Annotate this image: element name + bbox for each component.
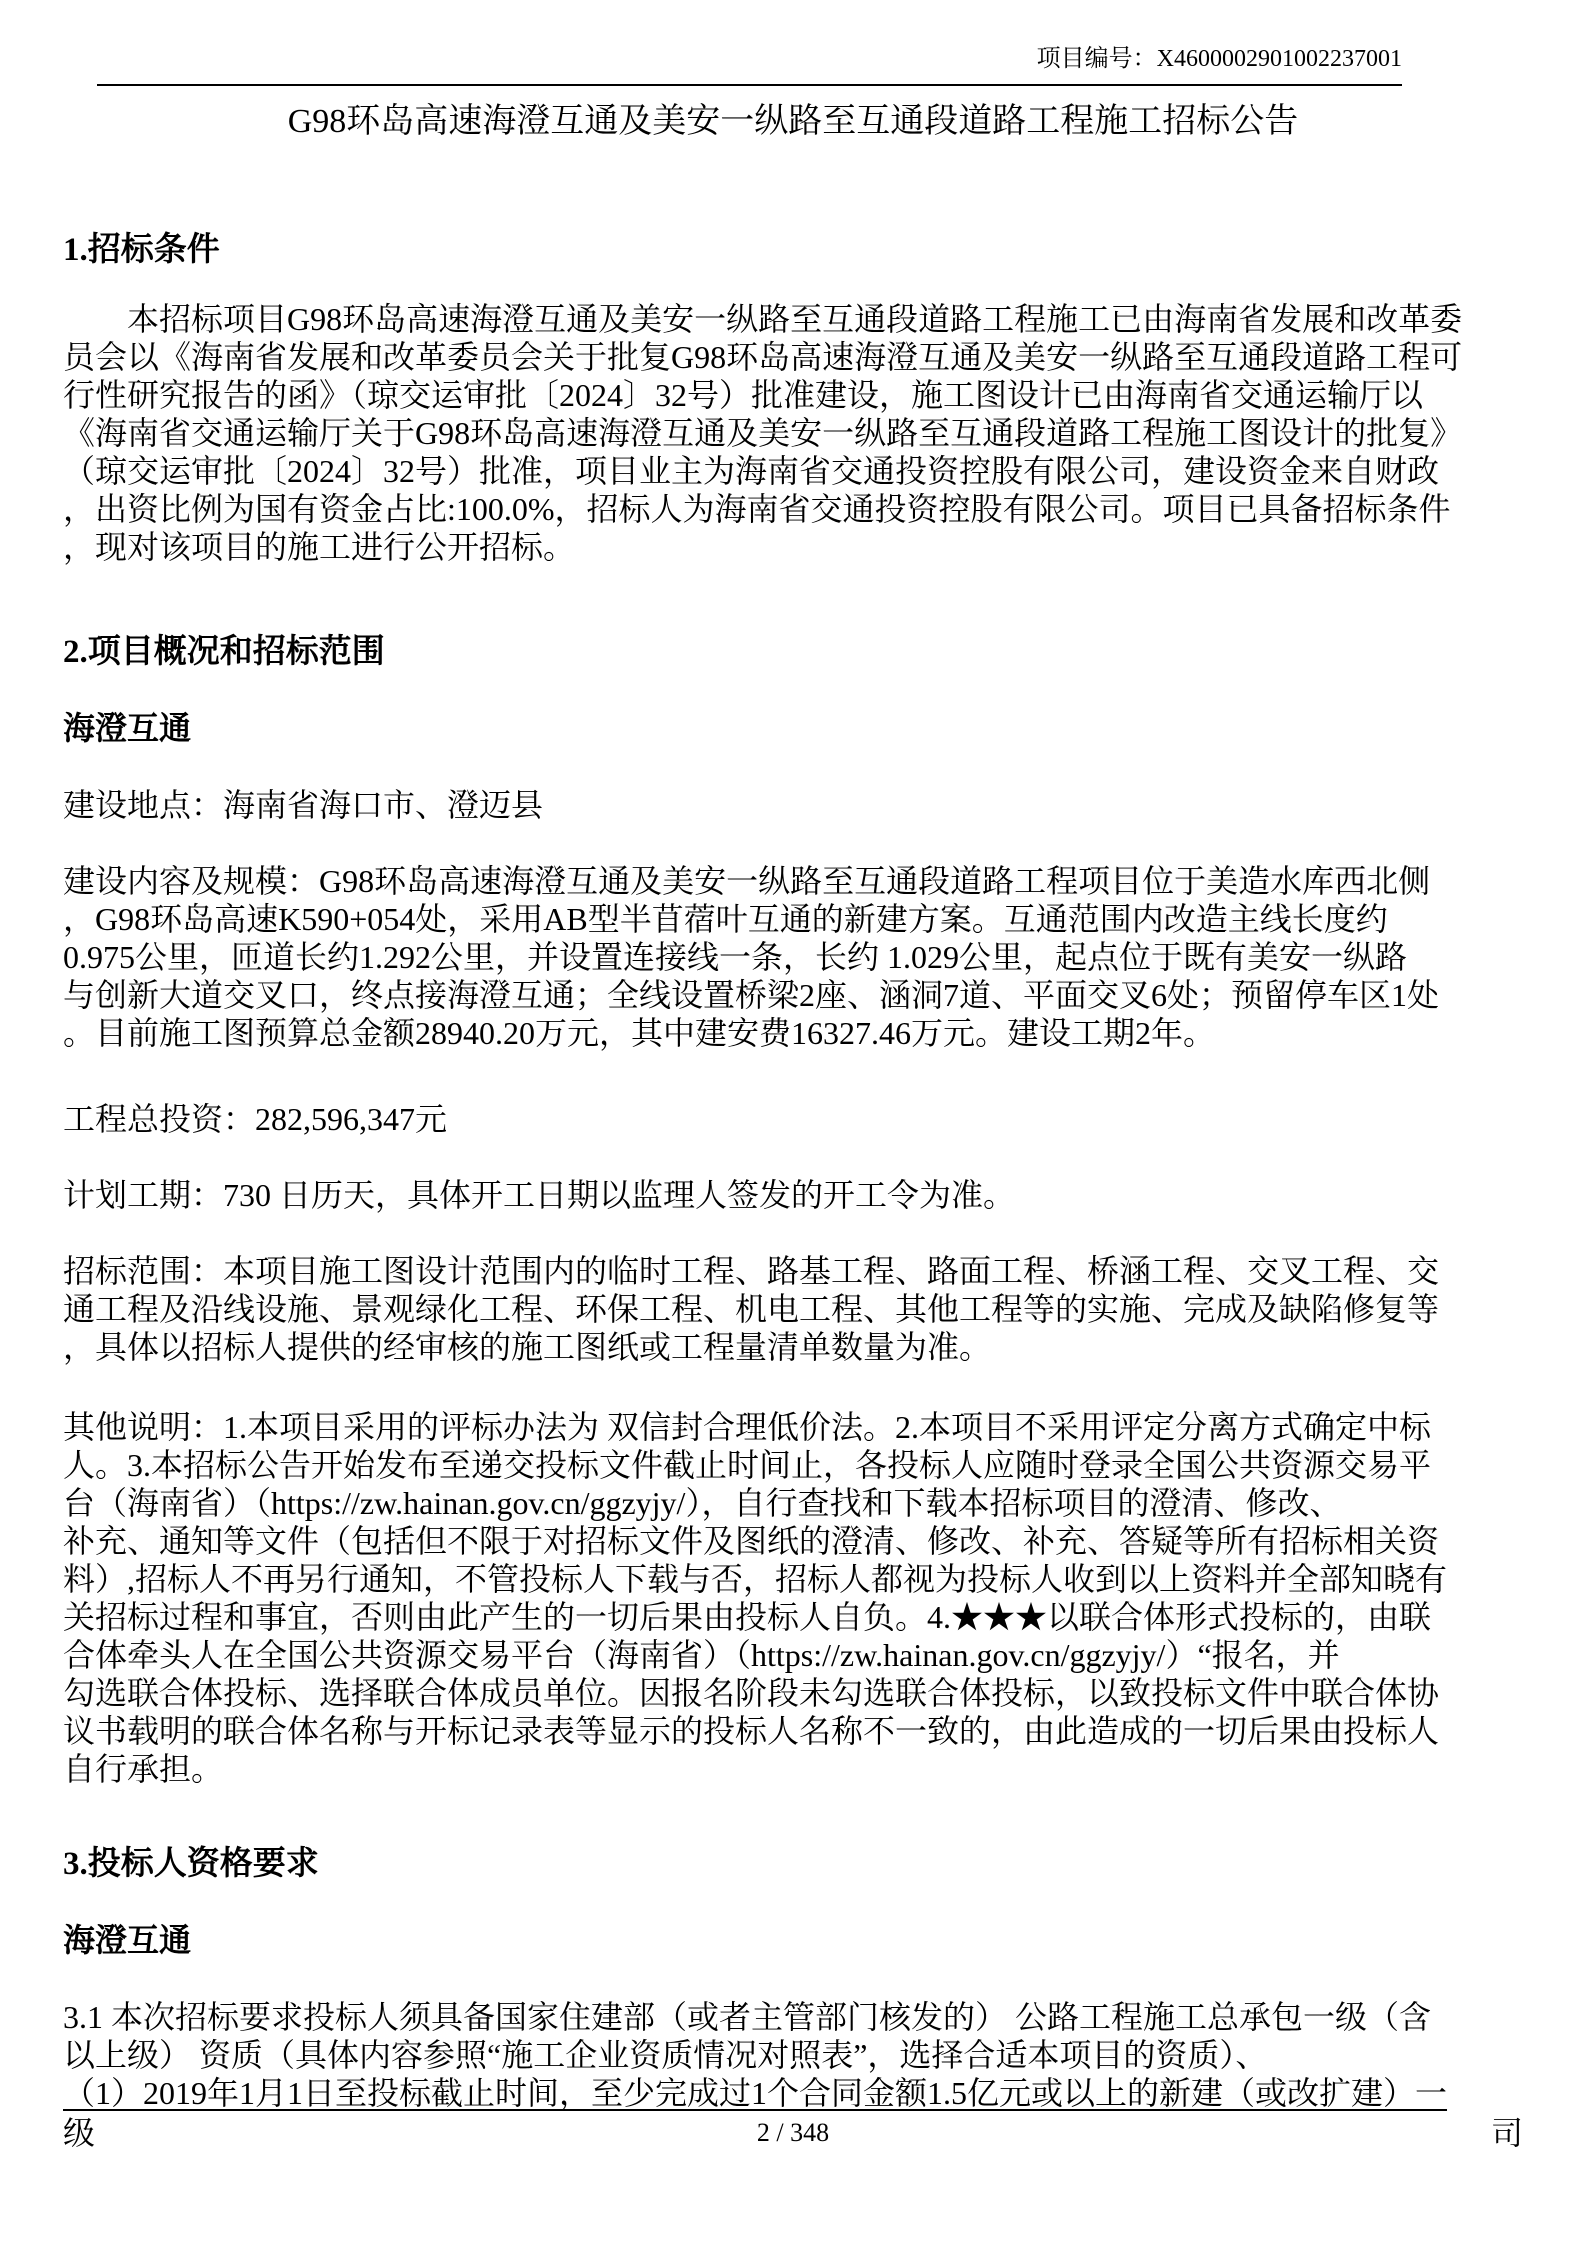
cutoff-text-right: 司 — [1491, 2114, 1523, 2152]
text-line: 员会以《海南省发展和改革委员会关于批复G98环岛高速海澄互通及美安一纵路至互通段… — [63, 338, 1523, 376]
qualification-paragraph: 3.1 本次招标要求投标人须具备国家住建部（或者主管部门核发的） 公路工程施工总… — [63, 1998, 1523, 2074]
section-1-paragraph: 本招标项目G98环岛高速海澄互通及美安一纵路至互通段道路工程施工已由海南省发展和… — [63, 300, 1523, 566]
bid-scope-paragraph: 招标范围：本项目施工图设计范围内的临时工程、路基工程、路面工程、桥涵工程、交叉工… — [63, 1252, 1523, 1366]
text-line: 本招标项目G98环岛高速海澄互通及美安一纵路至互通段道路工程施工已由海南省发展和… — [63, 300, 1523, 338]
text-line: 通工程及沿线设施、景观绿化工程、环保工程、机电工程、其他工程等的实施、完成及缺陷… — [63, 1290, 1523, 1328]
text-line: 3.1 本次招标要求投标人须具备国家住建部（或者主管部门核发的） 公路工程施工总… — [63, 1998, 1523, 2036]
text-line: （琼交运审批〔2024〕32号）批准，项目业主为海南省交通投资控股有限公司，建设… — [63, 452, 1523, 490]
text-line: ，现对该项目的施工进行公开招标。 — [63, 528, 1523, 566]
text-line: 行性研究报告的函》（琼交运审批〔2024〕32号）批准建设，施工图设计已由海南省… — [63, 376, 1523, 414]
other-notes-paragraph: 其他说明：1.本项目采用的评标办法为 双信封合理低价法。2.本项目不采用评定分离… — [63, 1408, 1523, 1788]
total-investment: 工程总投资：282,596,347元 — [63, 1100, 1523, 1138]
text-line: 建设内容及规模：G98环岛高速海澄互通及美安一纵路至互通段道路工程项目位于美造水… — [63, 862, 1523, 900]
text-line: 关招标过程和事宜，否则由此产生的一切后果由投标人自负。4.★★★以联合体形式投标… — [63, 1598, 1523, 1636]
text-line: 人。3.本招标公告开始发布至递交投标文件截止时间止，各投标人应随时登录全国公共资… — [63, 1446, 1523, 1484]
text-line: ，出资比例为国有资金占比:100.0%，招标人为海南省交通投资控股有限公司。项目… — [63, 490, 1523, 528]
text-line: 台（海南省）（https://zw.hainan.gov.cn/ggzyjy/）… — [63, 1484, 1523, 1522]
project-number: 项目编号：X4600002901002237001 — [1037, 46, 1402, 72]
text-line: 料）,招标人不再另行通知，不管投标人下载与否，招标人都视为投标人收到以上资料并全… — [63, 1560, 1523, 1598]
construction-content-paragraph: 建设内容及规模：G98环岛高速海澄互通及美安一纵路至互通段道路工程项目位于美造水… — [63, 862, 1523, 1052]
page-footer: 级 2 / 348 司 — [63, 2112, 1523, 2154]
section-3-heading: 3.投标人资格要求 — [63, 1844, 1523, 1884]
cutoff-text-left: 级 — [63, 2114, 95, 2152]
text-line: ，G98环岛高速K590+054处，采用AB型半苜蓿叶互通的新建方案。互通范围内… — [63, 900, 1523, 938]
section-2-heading: 2.项目概况和招标范围 — [63, 632, 1523, 672]
construction-location: 建设地点：海南省海口市、澄迈县 — [63, 786, 1523, 824]
text-line: 议书载明的联合体名称与开标记录表等显示的投标人名称不一致的，由此造成的一切后果由… — [63, 1712, 1523, 1750]
page-number: 2 / 348 — [95, 2112, 1491, 2154]
underlined-requirement: （1）2019年1月1日至投标截止时间，至少完成过1个合同金额1.5亿元或以上的… — [63, 2074, 1523, 2112]
section-3-subheading: 海澄互通 — [63, 1920, 1523, 1960]
text-line: 合体牵头人在全国公共资源交易平台（海南省）（https://zw.hainan.… — [63, 1636, 1523, 1674]
text-line: 补充、通知等文件（包括但不限于对招标文件及图纸的澄清、修改、补充、答疑等所有招标… — [63, 1522, 1523, 1560]
document-title: G98环岛高速海澄互通及美安一纵路至互通段道路工程施工招标公告 — [63, 100, 1523, 144]
planned-duration: 计划工期：730 日历天，具体开工日期以监理人签发的开工令为准。 — [63, 1176, 1523, 1214]
page-header: 项目编号：X4600002901002237001 — [97, 44, 1402, 86]
text-line: 与创新大道交叉口，终点接海澄互通；全线设置桥梁2座、涵洞7道、平面交叉6处；预留… — [63, 976, 1523, 1014]
text-line: 《海南省交通运输厅关于G98环岛高速海澄互通及美安一纵路至互通段道路工程施工图设… — [63, 414, 1523, 452]
text-line: 。目前施工图预算总金额28940.20万元，其中建安费16327.46万元。建设… — [63, 1014, 1523, 1052]
text-line: 0.975公里，匝道长约1.292公里，并设置连接线一条，长约 1.029公里，… — [63, 938, 1523, 976]
section-1-heading: 1.招标条件 — [63, 230, 1523, 270]
text-line: 自行承担。 — [63, 1750, 1523, 1788]
text-line: ，具体以招标人提供的经审核的施工图纸或工程量清单数量为准。 — [63, 1328, 1523, 1366]
text-line: 勾选联合体投标、选择联合体成员单位。因报名阶段未勾选联合体投标，以致投标文件中联… — [63, 1674, 1523, 1712]
document-page: 项目编号：X4600002901002237001 G98环岛高速海澄互通及美安… — [0, 0, 1587, 2245]
text-line: 其他说明：1.本项目采用的评标办法为 双信封合理低价法。2.本项目不采用评定分离… — [63, 1408, 1523, 1446]
section-2-subheading: 海澄互通 — [63, 708, 1523, 748]
text-line: 招标范围：本项目施工图设计范围内的临时工程、路基工程、路面工程、桥涵工程、交叉工… — [63, 1252, 1523, 1290]
text-line: 以上级） 资质（具体内容参照“施工企业资质情况对照表”，选择合适本项目的资质）、 — [63, 2036, 1523, 2074]
